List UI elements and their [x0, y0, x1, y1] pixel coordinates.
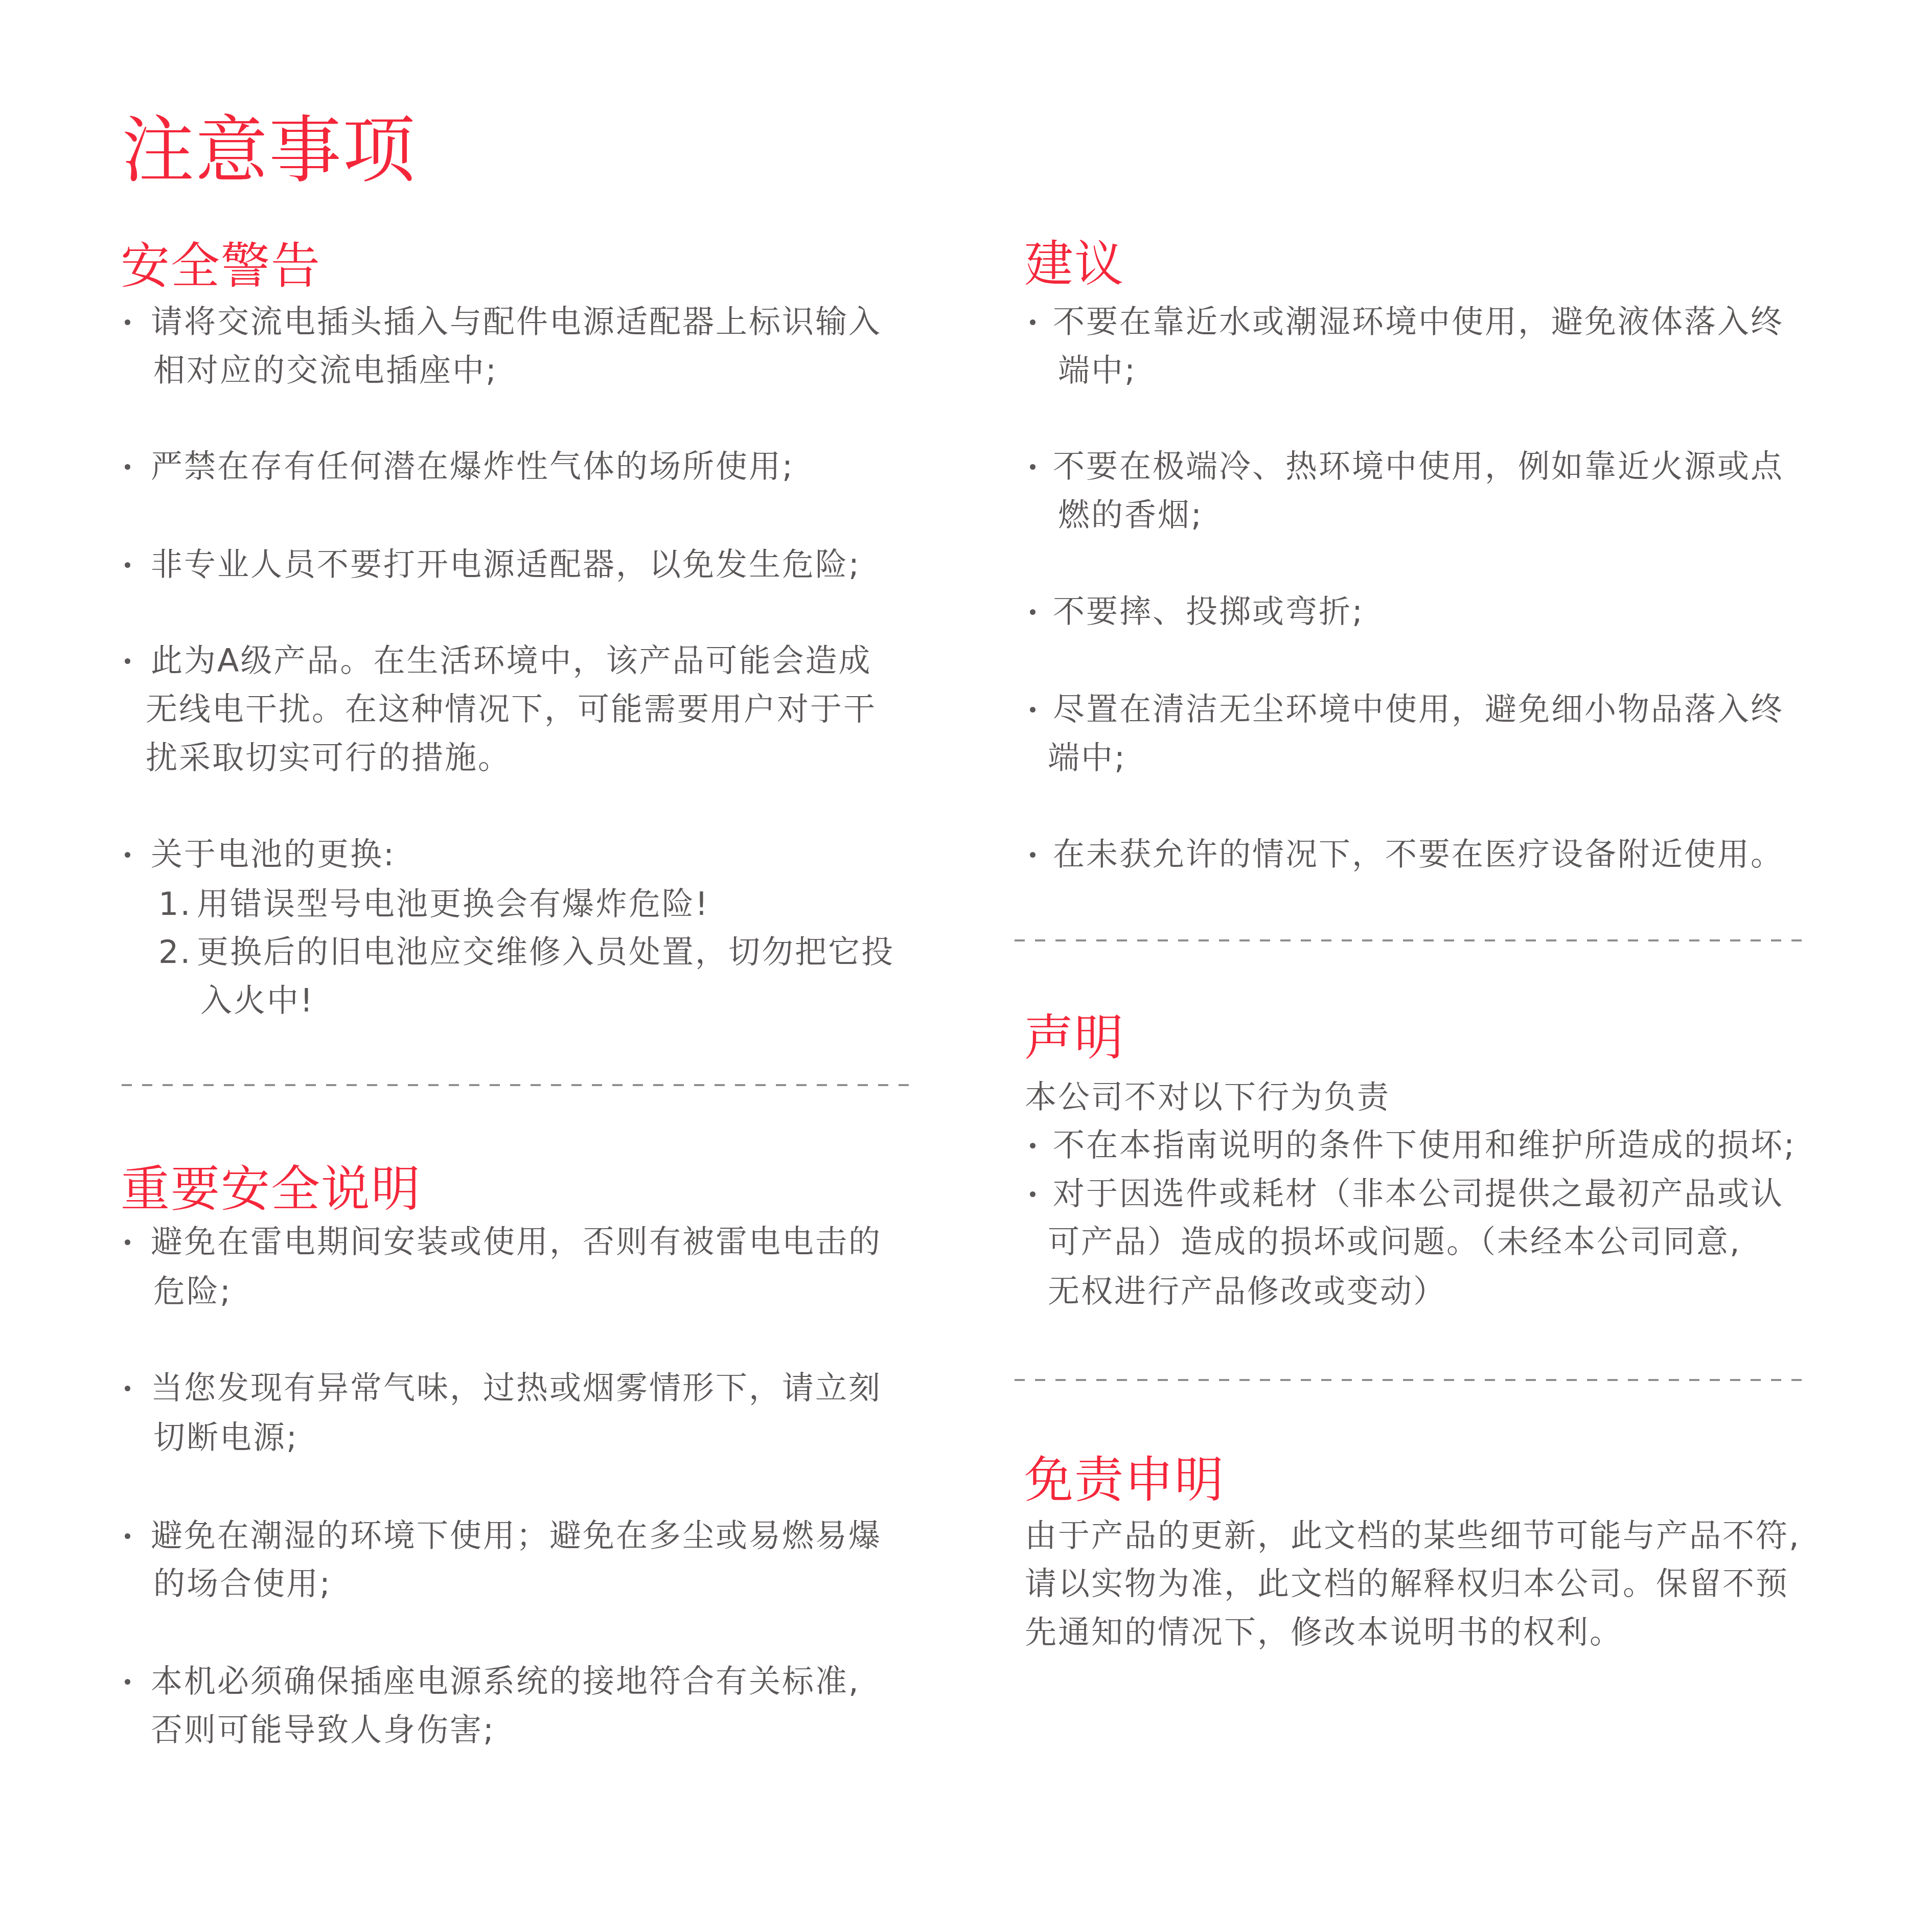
section-heading-disclaimer: 免责申明 — [1024, 1449, 1225, 1510]
sub-item-number: 1. — [158, 884, 192, 925]
bullet-icon — [125, 1386, 130, 1391]
list-item-line: 非专业人员不要打开电源适配器，以免发生危险; — [151, 544, 861, 585]
list-item-line: 不在本指南说明的条件下使用和维护所造成的损坏; — [1053, 1125, 1796, 1166]
disclaimer-line: 请以实物为准，此文档的解释权归本公司。保留不预 — [1025, 1563, 1789, 1604]
list-item-line: 此为A级产品。在生活环境中，该产品可能会造成 — [151, 640, 871, 681]
bullet-icon — [125, 562, 130, 568]
list-item-line: 对于因选件或耗材（非本公司提供之最初产品或认 — [1053, 1174, 1784, 1214]
list-item-line: 相对应的交流电插座中; — [153, 350, 498, 391]
list-item-line: 关于电池的更换: — [151, 834, 396, 875]
sub-item-number: 2. — [158, 932, 192, 973]
bullet-icon — [1030, 852, 1036, 858]
list-item-line: 严禁在存有任何潜在爆炸性气体的场所使用; — [151, 446, 794, 487]
sub-item-line: 入火中! — [200, 980, 314, 1021]
list-item-line: 燃的香烟; — [1058, 495, 1203, 536]
list-item-line: 在未获允许的情况下，不要在医疗设备附近使用。 — [1053, 834, 1784, 875]
statement-intro: 本公司不对以下行为负责 — [1025, 1077, 1390, 1118]
page-title: 注意事项 — [122, 105, 416, 197]
bullet-icon — [125, 658, 130, 664]
sub-item-line: 更换后的旧电池应交维修入员处置，切勿把它投 — [197, 932, 894, 973]
disclaimer-line: 由于产品的更新，此文档的某些细节可能与产品不符, — [1025, 1515, 1801, 1556]
list-item-line: 否则可能导致人身伤害; — [151, 1710, 495, 1751]
bullet-icon — [125, 1239, 130, 1245]
bullet-icon — [1030, 1143, 1036, 1148]
section-heading-statement: 声明 — [1024, 1007, 1124, 1068]
disclaimer-line: 先通知的情况下，修改本说明书的权利。 — [1025, 1612, 1623, 1653]
list-item-line: 端中; — [1058, 350, 1137, 391]
list-item-line: 不要摔、投掷或弯折; — [1053, 591, 1364, 632]
section-divider — [1015, 1379, 1802, 1381]
list-item-line: 尽置在清洁无尘环境中使用，避免细小物品落入终 — [1053, 689, 1784, 730]
bullet-icon — [125, 1533, 130, 1539]
list-item-line: 扰采取切实可行的措施。 — [146, 738, 511, 778]
bullet-icon — [125, 1679, 130, 1685]
list-item-line: 本机必须确保插座电源系统的接地符合有关标准, — [151, 1661, 860, 1702]
list-item-line: 避免在雷电期间安装或使用，否则有被雷电电击的 — [151, 1222, 882, 1262]
bullet-icon — [1030, 1191, 1036, 1197]
sub-item-line: 用错误型号电池更换会有爆炸危险! — [197, 884, 709, 925]
bullet-icon — [1030, 319, 1036, 325]
section-heading-suggestions: 建议 — [1024, 233, 1124, 294]
list-item-line: 避免在潮湿的环境下使用；避免在多尘或易燃易爆 — [151, 1515, 882, 1556]
bullet-icon — [125, 319, 130, 325]
list-item-line: 的场合使用; — [153, 1563, 332, 1604]
list-item-line: 切断电源; — [153, 1417, 298, 1458]
bullet-icon — [125, 852, 130, 858]
section-heading-important-safety: 重要安全说明 — [121, 1158, 421, 1220]
bullet-icon — [1030, 609, 1036, 615]
list-item-line: 不要在极端冷、热环境中使用，例如靠近火源或点 — [1053, 446, 1784, 487]
list-item-line: 危险; — [153, 1271, 232, 1312]
bullet-icon — [125, 464, 130, 470]
list-item-line: 请将交流电插头插入与配件电源适配器上标识输入 — [151, 302, 882, 342]
section-heading-safety-warning: 安全警告 — [121, 235, 321, 296]
section-divider — [1015, 939, 1802, 941]
bullet-icon — [1030, 464, 1036, 470]
list-item-line: 无权进行产品修改或变动） — [1048, 1271, 1446, 1312]
list-item-line: 当您发现有异常气味，过热或烟雾情形下，请立刻 — [151, 1368, 882, 1409]
list-item-line: 不要在靠近水或潮湿环境中使用，避免液体落入终 — [1053, 302, 1784, 342]
list-item-line: 无线电干扰。在这种情况下，可能需要用户对于干 — [146, 689, 877, 730]
bullet-icon — [1030, 707, 1036, 712]
list-item-line: 端中; — [1048, 738, 1126, 778]
document-page: 注意事项 安全警告 请将交流电插头插入与配件电源适配器上标识输入 相对应的交流电… — [0, 0, 1932, 1932]
section-divider — [122, 1084, 909, 1086]
list-item-line: 可产品）造成的损坏或问题。（未经本公司同意, — [1048, 1222, 1741, 1262]
